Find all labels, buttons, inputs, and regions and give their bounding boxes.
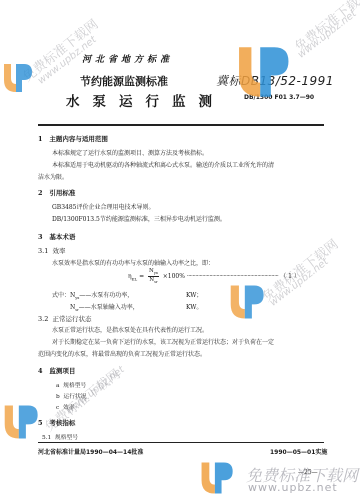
reference-gb3485: GB3485评价企业合理用电技术导则。	[52, 202, 154, 211]
section-1-heading: 1 主题内容与适用范围	[38, 134, 108, 143]
up-logo-icon	[0, 60, 34, 96]
definition-nsr: Nsr——水泵轴输入功率，	[70, 302, 139, 312]
section-4-heading: 4 监测项目	[38, 366, 75, 375]
up-logo-icon	[232, 40, 292, 104]
normal-state-paragraph-2: 对于长期稳定在某一负荷下运行的水泵，该工况视为正常运行状态；对于负荷在一定	[52, 337, 274, 346]
subsection-3-1-heading: 3.1 效率	[38, 246, 65, 255]
section-3-heading: 3 基本术语	[38, 232, 75, 241]
normal-state-paragraph-2-cont: 范围内变化的水泵，将最常出现的负荷工况视为正常运行状态。	[38, 349, 206, 358]
reference-db1300: DB/1300F013.5节约能源监测标准，三相异步电动机运行监测。	[52, 214, 226, 223]
up-logo-icon	[190, 458, 242, 498]
formula-fraction: Nyx Nsr	[148, 268, 159, 285]
up-logo-icon	[0, 400, 40, 444]
section-1-paragraph-1: 本标准规定了运行水泵的监测项目、测算方法及考核指标。	[52, 148, 208, 157]
footer-divider	[38, 442, 324, 443]
standard-category: 节约能源监测标准	[80, 73, 168, 89]
section-1-paragraph-2: 本标准适用于电动机驱动的各种轴流式和离心式水泵。输送的介质以工业所允许的清	[52, 160, 274, 169]
issuing-authority: 河北省地方标准	[82, 52, 173, 65]
document-title: 水泵运行监测	[66, 90, 225, 110]
definition-nyx-unit: KW；	[186, 290, 202, 299]
definition-nyx: 式中：Nyx——水泵有功功率，	[52, 290, 133, 300]
approval-date: 河北省标准计量局1990—04—14批准	[38, 447, 143, 456]
footer-watermark-url: www.upbz.net	[248, 481, 338, 494]
section-2-heading: 2 引用标准	[38, 188, 75, 197]
document-page: 河北省地方标准 节约能源监测标准 水泵运行监测 冀标DB13/52-1991 D…	[0, 0, 360, 501]
up-logo-icon	[226, 280, 266, 324]
section-1-paragraph-2-cont: 洁水为限。	[38, 172, 68, 181]
header-divider	[38, 124, 324, 126]
efficiency-definition: 水泵效率是指水泵的有功功率与水泵的轴输入功率之比，即：	[52, 258, 214, 267]
subsection-3-2-heading: 3.2 正常运行状态	[38, 314, 91, 323]
subsection-5-1: 5.1 规格型号	[42, 432, 78, 441]
effective-date: 1990—05—01实施	[270, 447, 327, 456]
normal-state-paragraph-1: 水泵正常运行状态，是指水泵处在具有代表性的运行工况。	[52, 325, 208, 334]
definition-nsr-unit: KW。	[186, 302, 202, 311]
